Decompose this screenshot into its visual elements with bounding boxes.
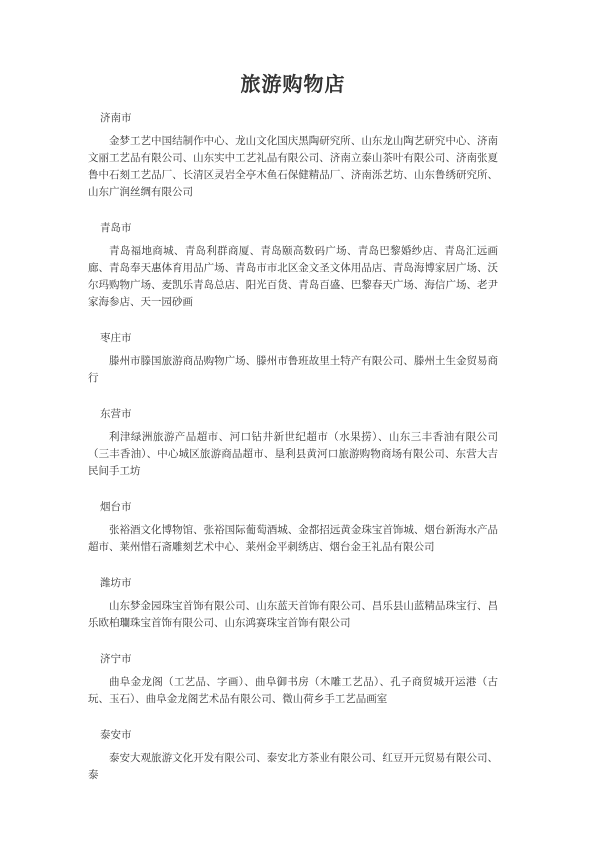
city-heading: 济南市 xyxy=(88,110,498,127)
section-weifang: 潍坊市 山东梦金园珠宝首饰有限公司、山东蓝天首饰有限公司、昌乐县山蓝精品珠宝行、… xyxy=(88,575,498,632)
section-jinan: 济南市 金梦工艺中国结制作中心、龙山文化国庆黑陶研究所、山东龙山陶艺研究中心、济… xyxy=(88,110,498,201)
store-list: 金梦工艺中国结制作中心、龙山文化国庆黑陶研究所、山东龙山陶艺研究中心、济南文丽工… xyxy=(88,133,498,201)
document-page: 旅游购物店 济南市 金梦工艺中国结制作中心、龙山文化国庆黑陶研究所、山东龙山陶艺… xyxy=(0,0,595,842)
store-list: 张裕酒文化博物馆、张裕国际葡萄酒城、金都招远黄金珠宝首饰城、烟台新海水产品超市、… xyxy=(88,522,498,556)
city-heading: 泰安市 xyxy=(88,727,498,744)
city-heading: 青岛市 xyxy=(88,220,498,237)
section-zaozhuang: 枣庄市 滕州市滕国旅游商品购物广场、滕州市鲁班故里土特产有限公司、滕州土生金贸易… xyxy=(88,330,498,387)
section-dongying: 东营市 利津绿洲旅游产品超市、河口钻井新世纪超市（水果捞）、山东三丰香油有限公司… xyxy=(88,406,498,480)
section-taian: 泰安市 泰安大观旅游文化开发有限公司、泰安北方茶业有限公司、红豆开元贸易有限公司… xyxy=(88,727,498,784)
section-yantai: 烟台市 张裕酒文化博物馆、张裕国际葡萄酒城、金都招远黄金珠宝首饰城、烟台新海水产… xyxy=(88,499,498,556)
store-list: 山东梦金园珠宝首饰有限公司、山东蓝天首饰有限公司、昌乐县山蓝精品珠宝行、昌乐欧柏… xyxy=(88,598,498,632)
city-heading: 潍坊市 xyxy=(88,575,498,592)
store-list: 青岛福地商城、青岛利群商厦、青岛颐高数码广场、青岛巴黎婚纱店、青岛汇远画廊、青岛… xyxy=(88,243,498,311)
city-heading: 枣庄市 xyxy=(88,330,498,347)
store-list: 利津绿洲旅游产品超市、河口钻井新世纪超市（水果捞）、山东三丰香油有限公司（三丰香… xyxy=(88,429,498,480)
section-jining: 济宁市 曲阜金龙阁（工艺品、字画）、曲阜御书房（木雕工艺品）、孔子商贸城开运港（… xyxy=(88,651,498,708)
city-heading: 东营市 xyxy=(88,406,498,423)
store-list: 曲阜金龙阁（工艺品、字画）、曲阜御书房（木雕工艺品）、孔子商贸城开运港（古玩、玉… xyxy=(88,674,498,708)
section-qingdao: 青岛市 青岛福地商城、青岛利群商厦、青岛颐高数码广场、青岛巴黎婚纱店、青岛汇远画… xyxy=(88,220,498,311)
store-list: 泰安大观旅游文化开发有限公司、泰安北方茶业有限公司、红豆开元贸易有限公司、泰 xyxy=(88,750,498,784)
city-heading: 济宁市 xyxy=(88,651,498,668)
document-title: 旅游购物店 xyxy=(88,72,498,98)
city-heading: 烟台市 xyxy=(88,499,498,516)
store-list: 滕州市滕国旅游商品购物广场、滕州市鲁班故里土特产有限公司、滕州土生金贸易商行 xyxy=(88,353,498,387)
